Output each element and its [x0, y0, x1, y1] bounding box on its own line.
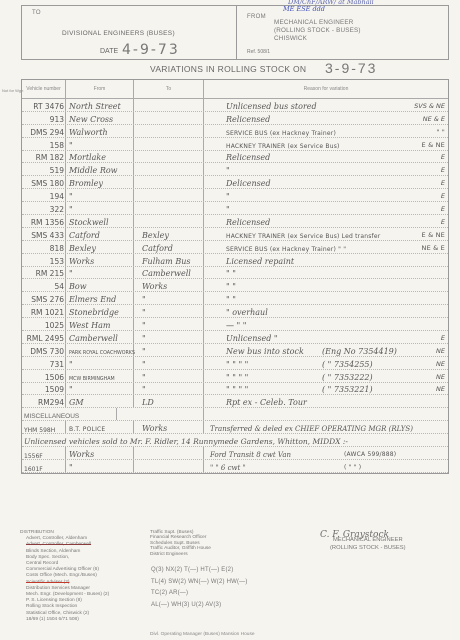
- division-tag: E: [441, 205, 445, 213]
- table-row: SMS 180BromleyDelicensedE: [22, 176, 448, 189]
- division-tag: E: [441, 166, 445, 174]
- from-location: New Cross: [66, 112, 134, 124]
- vehicle-number: YHM 598H: [22, 421, 66, 433]
- ref-number: ( " " ): [344, 464, 361, 471]
- reason-text: HACKNEY TRAINER (ex Service Bus) Led tra…: [226, 233, 380, 240]
- distribution-item: Costs Office (Mech. Engr./Buses): [20, 573, 109, 579]
- page-title: VARIATIONS IN ROLLING STOCK ON: [150, 64, 306, 74]
- col-vehicle: Vehicle number: [22, 80, 66, 98]
- from-location: GM: [66, 395, 134, 407]
- table-row: 1506MCW BIRMINGHAM"" " " "( " 7353222)NE: [22, 370, 448, 383]
- to-location: [134, 447, 204, 459]
- vehicle-number: 153: [22, 254, 66, 266]
- vehicle-number: RM 215: [22, 267, 66, 279]
- reason: " overhaul: [204, 305, 448, 317]
- reference: Ref. 508/1: [247, 49, 270, 55]
- from-location: Mortlake: [66, 151, 134, 163]
- to-location: ": [134, 318, 204, 330]
- reason: HACKNEY TRAINER (ex Service Bus)E & NE: [204, 138, 448, 150]
- from-location: Bromley: [66, 176, 134, 188]
- from-location: Walworth: [66, 125, 134, 137]
- reason-text: " " 6 cwt ": [210, 464, 246, 472]
- from-label: FROM: [247, 14, 266, 20]
- table-row: RM 215"Camberwell" ": [22, 267, 448, 280]
- vehicle-number: 158: [22, 138, 66, 150]
- to-location: [134, 99, 204, 111]
- reason: Unlicensed "E: [204, 331, 448, 343]
- reason: HACKNEY TRAINER (ex Service Bus) Led tra…: [204, 228, 448, 240]
- vehicle-number: 54: [22, 279, 66, 291]
- reason: " ": [204, 279, 448, 291]
- from-line: MECHANICAL ENGINEER: [274, 19, 361, 27]
- footer: DISTRIBUTIONAdvert, Controller, Aldenham…: [0, 525, 460, 640]
- from-location: Catford: [66, 228, 134, 240]
- reason: DelicensedE: [204, 176, 448, 188]
- table-row: RM294GMLDRpt ex - Celeb. Tour: [22, 395, 448, 408]
- from-location: Works: [66, 447, 134, 459]
- to-box: TO DIVISIONAL ENGINEERS (BUSES) DATE 4-9…: [22, 6, 237, 59]
- from-location: Bow: [66, 279, 134, 291]
- table-row: 158"HACKNEY TRAINER (ex Service Bus)E & …: [22, 138, 448, 151]
- table-row: DMS 730PARK ROYAL COACHWORKS"New bus int…: [22, 344, 448, 357]
- to-location: ": [134, 305, 204, 317]
- sig-title-line: MECHANICAL ENGINEER: [330, 537, 406, 545]
- table-row: 519Middle Row"E: [22, 163, 448, 176]
- reason-text: Ford Transit 8 cwt Van: [210, 451, 291, 459]
- to-location: ": [134, 292, 204, 304]
- table-body: RT 3476North StreetUnlicensed bus stored…: [22, 99, 448, 473]
- to-location: [134, 215, 204, 227]
- reason: Rpt ex - Celeb. Tour: [204, 395, 448, 407]
- division-codes: Q(3) NX(2) T(—) HT(—) E(2)TL(4) SW(2) WN…: [151, 565, 248, 611]
- divisional-manager: Divl. Operating Manager (Buses) Mansion …: [150, 632, 255, 637]
- distribution-list: DISTRIBUTIONAdvert, Controller, Aldenham…: [20, 530, 109, 623]
- reason-text: " ": [226, 269, 236, 278]
- reason: " " " "( " 7353221)NE: [204, 383, 448, 395]
- col-to: To: [134, 80, 204, 98]
- col-from: From: [66, 80, 134, 98]
- from-location: Bexley: [66, 241, 134, 253]
- division-tag: E: [441, 153, 445, 161]
- from-location: West Ham: [66, 318, 134, 330]
- vehicle-number: 913: [22, 112, 66, 124]
- vehicle-number: RM 1021: [22, 305, 66, 317]
- division-code-line: TL(4) SW(2) WN(—) W(2) HW(—): [151, 577, 248, 589]
- table-header: Vehicle number From To Reason for variat…: [22, 80, 448, 99]
- vehicle-number: 731: [22, 357, 66, 369]
- reason-text: Relicensed: [226, 115, 270, 124]
- division-tag: NE: [436, 360, 445, 368]
- reason-text: " ": [226, 295, 236, 304]
- table-row: 1509""" " " "( " 7353221)NE: [22, 383, 448, 396]
- division-tag: E: [441, 192, 445, 200]
- reason-text: ": [226, 166, 230, 175]
- table-row: RML 2495Camberwell"Unlicensed "E: [22, 331, 448, 344]
- division-tag: E: [441, 179, 445, 187]
- to-location: Catford: [134, 241, 204, 253]
- to-location: [134, 112, 204, 124]
- to-location: [134, 151, 204, 163]
- variations-table: Vehicle number From To Reason for variat…: [21, 79, 449, 474]
- vehicle-number: RT 3476: [22, 99, 66, 111]
- reason: "E: [204, 163, 448, 175]
- vehicle-number: 1025: [22, 318, 66, 330]
- vehicle-number: 1506: [22, 370, 66, 382]
- from-location: ": [66, 189, 134, 201]
- distribution-item: 18/69 (1) 1504 6/71 508): [20, 617, 109, 623]
- engine-number: ( " 7354255): [322, 360, 373, 369]
- reason: " ": [204, 292, 448, 304]
- vehicle-number: 322: [22, 202, 66, 214]
- vehicle-number: 1509: [22, 383, 66, 395]
- reason: "E: [204, 189, 448, 201]
- reason: " " 6 cwt "( " " ): [204, 460, 448, 472]
- reason-text: " " " ": [226, 373, 248, 382]
- variation-date: 3-9-73: [325, 60, 377, 76]
- table-row: 1556FWorksFord Transit 8 cwt Van(AWCA 59…: [22, 447, 448, 460]
- reason: " " " "( " 7354255)NE: [204, 357, 448, 369]
- to-location: Works: [134, 279, 204, 291]
- distribution-item: Traffic Auditor, Griffith House: [150, 546, 211, 551]
- division-code-line: TC(2) AR(—): [151, 588, 248, 600]
- vehicle-number: RM294: [22, 395, 66, 407]
- division-tag: " ": [436, 128, 445, 136]
- table-row: 1025West Ham"— " ": [22, 318, 448, 331]
- to-location: Camberwell: [134, 267, 204, 279]
- reason-text: " " " ": [226, 385, 248, 394]
- to-location: ": [134, 344, 204, 356]
- table-row: 731""" " " "( " 7354255)NE: [22, 357, 448, 370]
- to-location: LD: [134, 395, 204, 407]
- to-location: [134, 176, 204, 188]
- reason-text: ": [226, 192, 230, 201]
- vehicle-number: RM 1356: [22, 215, 66, 227]
- division-tag: E: [441, 334, 445, 342]
- to-location: ": [134, 357, 204, 369]
- reason-text: " overhaul: [226, 308, 268, 317]
- reason: New bus into stock(Eng No 7354419)NE: [204, 344, 448, 356]
- from-location: ": [66, 460, 134, 472]
- to-location: ": [134, 370, 204, 382]
- from-sender: MECHANICAL ENGINEER (ROLLING STOCK - BUS…: [274, 19, 361, 43]
- reason: — " ": [204, 318, 448, 330]
- to-recipient: DIVISIONAL ENGINEERS (BUSES): [62, 30, 175, 37]
- table-row: Unlicensed vehicles sold to Mr. F. Ridle…: [22, 434, 448, 447]
- date-label: DATE: [100, 48, 118, 55]
- to-location: [134, 460, 204, 472]
- table-row: RT 3476North StreetUnlicensed bus stored…: [22, 99, 448, 112]
- vehicle-number: SMS 180: [22, 176, 66, 188]
- reason: RelicensedE: [204, 151, 448, 163]
- table-row: DMS 294WalworthSERVICE BUS (ex Hackney T…: [22, 125, 448, 138]
- reason: Licensed repaint: [204, 254, 448, 266]
- reason: Ford Transit 8 cwt Van(AWCA 599/888): [204, 447, 448, 459]
- division-tag: SVS & NE: [414, 102, 445, 110]
- spacer: [117, 408, 204, 420]
- table-row: 194""E: [22, 189, 448, 202]
- from-location: B.T. POLICE: [66, 421, 134, 433]
- reason-text: " ": [226, 282, 236, 291]
- division-tag: E & NE: [422, 141, 445, 149]
- table-row: 1601F"" " 6 cwt "( " " ): [22, 460, 448, 473]
- to-location: ": [134, 383, 204, 395]
- reason-text: Delicensed: [226, 179, 271, 188]
- from-location: North Street: [66, 99, 134, 111]
- division-tag: NE: [436, 373, 445, 381]
- vehicle-number: DMS 294: [22, 125, 66, 137]
- reason: "E: [204, 202, 448, 214]
- reason: " " " "( " 7353222)NE: [204, 370, 448, 382]
- reason: Unlicensed bus storedSVS & NE: [204, 99, 448, 111]
- reason-text: Licensed repaint: [226, 257, 294, 266]
- reason: SERVICE BUS (ex Hackney Trainer) " "NE &…: [204, 241, 448, 253]
- vehicle-number: 818: [22, 241, 66, 253]
- col-reason: Reason for variation: [204, 80, 448, 98]
- vehicle-number: 1601F: [22, 460, 66, 472]
- to-location: [134, 189, 204, 201]
- reason-text: SERVICE BUS (ex Hackney Trainer): [226, 130, 336, 137]
- division-tag: E & NE: [422, 231, 445, 239]
- from-location: Camberwell: [66, 331, 134, 343]
- table-row: SMS 276Elmers End"" ": [22, 292, 448, 305]
- reason-text: Relicensed: [226, 153, 270, 162]
- to-location: Fulham Bus: [134, 254, 204, 266]
- reason-text: ": [226, 205, 230, 214]
- memo-header: TO DIVISIONAL ENGINEERS (BUSES) DATE 4-9…: [21, 5, 449, 60]
- table-row: 913New CrossRelicensedNE & E: [22, 112, 448, 125]
- distribution-list-2: Traffic Supt. (Buses)Financial Research …: [150, 530, 211, 557]
- vehicle-number: 1556F: [22, 447, 66, 459]
- from-box: FROM MECHANICAL ENGINEER (ROLLING STOCK …: [237, 6, 448, 59]
- signature-title: MECHANICAL ENGINEER (ROLLING STOCK - BUS…: [330, 537, 406, 552]
- ref-number: (AWCA 599/888): [344, 451, 396, 458]
- division-tag: NE: [436, 385, 445, 393]
- table-row: 322""E: [22, 202, 448, 215]
- to-location: [134, 138, 204, 150]
- division-code-line: AL(—) WH(3) U(2) AV(3): [151, 600, 248, 612]
- span-note: Unlicensed vehicles sold to Mr. F. Ridle…: [22, 434, 348, 446]
- reason: SERVICE BUS (ex Hackney Trainer)" ": [204, 125, 448, 137]
- vehicle-number: DMS 730: [22, 344, 66, 356]
- reason-text: Transferred & deled ex CHIEF OPERATING M…: [210, 425, 413, 433]
- vehicle-number: RM 182: [22, 151, 66, 163]
- division-tag: NE: [436, 347, 445, 355]
- table-row: YHM 598HB.T. POLICEWorksTransferred & de…: [22, 421, 448, 434]
- from-line: (ROLLING STOCK - BUSES): [274, 27, 361, 35]
- to-location: [134, 125, 204, 137]
- table-row: RM 1021Stonebridge"" overhaul: [22, 305, 448, 318]
- reason-text: " " " ": [226, 360, 248, 369]
- from-location: Stockwell: [66, 215, 134, 227]
- from-line: CHISWICK: [274, 35, 361, 43]
- reason-text: HACKNEY TRAINER (ex Service Bus): [226, 143, 340, 150]
- reason: " ": [204, 267, 448, 279]
- to-location: [134, 202, 204, 214]
- sig-title-line: (ROLLING STOCK - BUSES): [330, 545, 406, 553]
- reason: RelicensedE: [204, 215, 448, 227]
- to-location: [134, 163, 204, 175]
- from-location: ": [66, 357, 134, 369]
- table-row: SMS 433CatfordBexleyHACKNEY TRAINER (ex …: [22, 228, 448, 241]
- table-row: 54BowWorks" ": [22, 279, 448, 292]
- table-row: 153WorksFulham BusLicensed repaint: [22, 254, 448, 267]
- engine-number: ( " 7353221): [322, 385, 373, 394]
- reason-text: New bus into stock: [226, 347, 304, 356]
- from-location: Works: [66, 254, 134, 266]
- from-location: ": [66, 383, 134, 395]
- table-row: RM 182MortlakeRelicensedE: [22, 151, 448, 164]
- vehicle-number: SMS 433: [22, 228, 66, 240]
- reason-text: SERVICE BUS (ex Hackney Trainer) " ": [226, 246, 346, 253]
- reason-text: Unlicensed bus stored: [226, 102, 317, 111]
- table-row: 818BexleyCatfordSERVICE BUS (ex Hackney …: [22, 241, 448, 254]
- distribution-item: District Engineers: [150, 552, 211, 557]
- misc-heading-row: MISCELLANEOUS: [22, 408, 448, 421]
- division-tag: NE & E: [422, 244, 445, 252]
- reason-text: Relicensed: [226, 218, 270, 227]
- from-location: Stonebridge: [66, 305, 134, 317]
- to-label: TO: [32, 10, 41, 16]
- misc-heading: MISCELLANEOUS: [22, 408, 117, 420]
- vehicle-number: 194: [22, 189, 66, 201]
- date-value: 4-9-73: [122, 42, 180, 58]
- reason-text: — " ": [226, 321, 246, 330]
- vehicle-number: 519: [22, 163, 66, 175]
- from-location: Elmers End: [66, 292, 134, 304]
- reason: Transferred & deled ex CHIEF OPERATING M…: [204, 421, 448, 433]
- division-tag: NE & E: [423, 115, 445, 123]
- reason-text: Unlicensed ": [226, 334, 278, 343]
- vehicle-number: SMS 276: [22, 292, 66, 304]
- spacer: [204, 408, 448, 420]
- engine-number: (Eng No 7354419): [322, 347, 397, 356]
- from-location: ": [66, 202, 134, 214]
- vehicle-number: RML 2495: [22, 331, 66, 343]
- document-page: DM/ChF/ARW/ at Mabhall ME ESE ddd TO DIV…: [0, 0, 460, 640]
- reason-text: Rpt ex - Celeb. Tour: [226, 398, 307, 407]
- from-location: MCW BIRMINGHAM: [66, 370, 134, 382]
- table-row: RM 1356StockwellRelicensedE: [22, 215, 448, 228]
- from-location: ": [66, 267, 134, 279]
- reason: RelicensedNE & E: [204, 112, 448, 124]
- to-location: Bexley: [134, 228, 204, 240]
- from-location: ": [66, 138, 134, 150]
- from-location: PARK ROYAL COACHWORKS: [66, 344, 134, 356]
- engine-number: ( " 7353222): [322, 373, 373, 382]
- to-location: Works: [134, 421, 204, 433]
- division-tag: E: [441, 218, 445, 226]
- to-location: ": [134, 331, 204, 343]
- from-location: Middle Row: [66, 163, 134, 175]
- division-code-line: Q(3) NX(2) T(—) HT(—) E(2): [151, 565, 248, 577]
